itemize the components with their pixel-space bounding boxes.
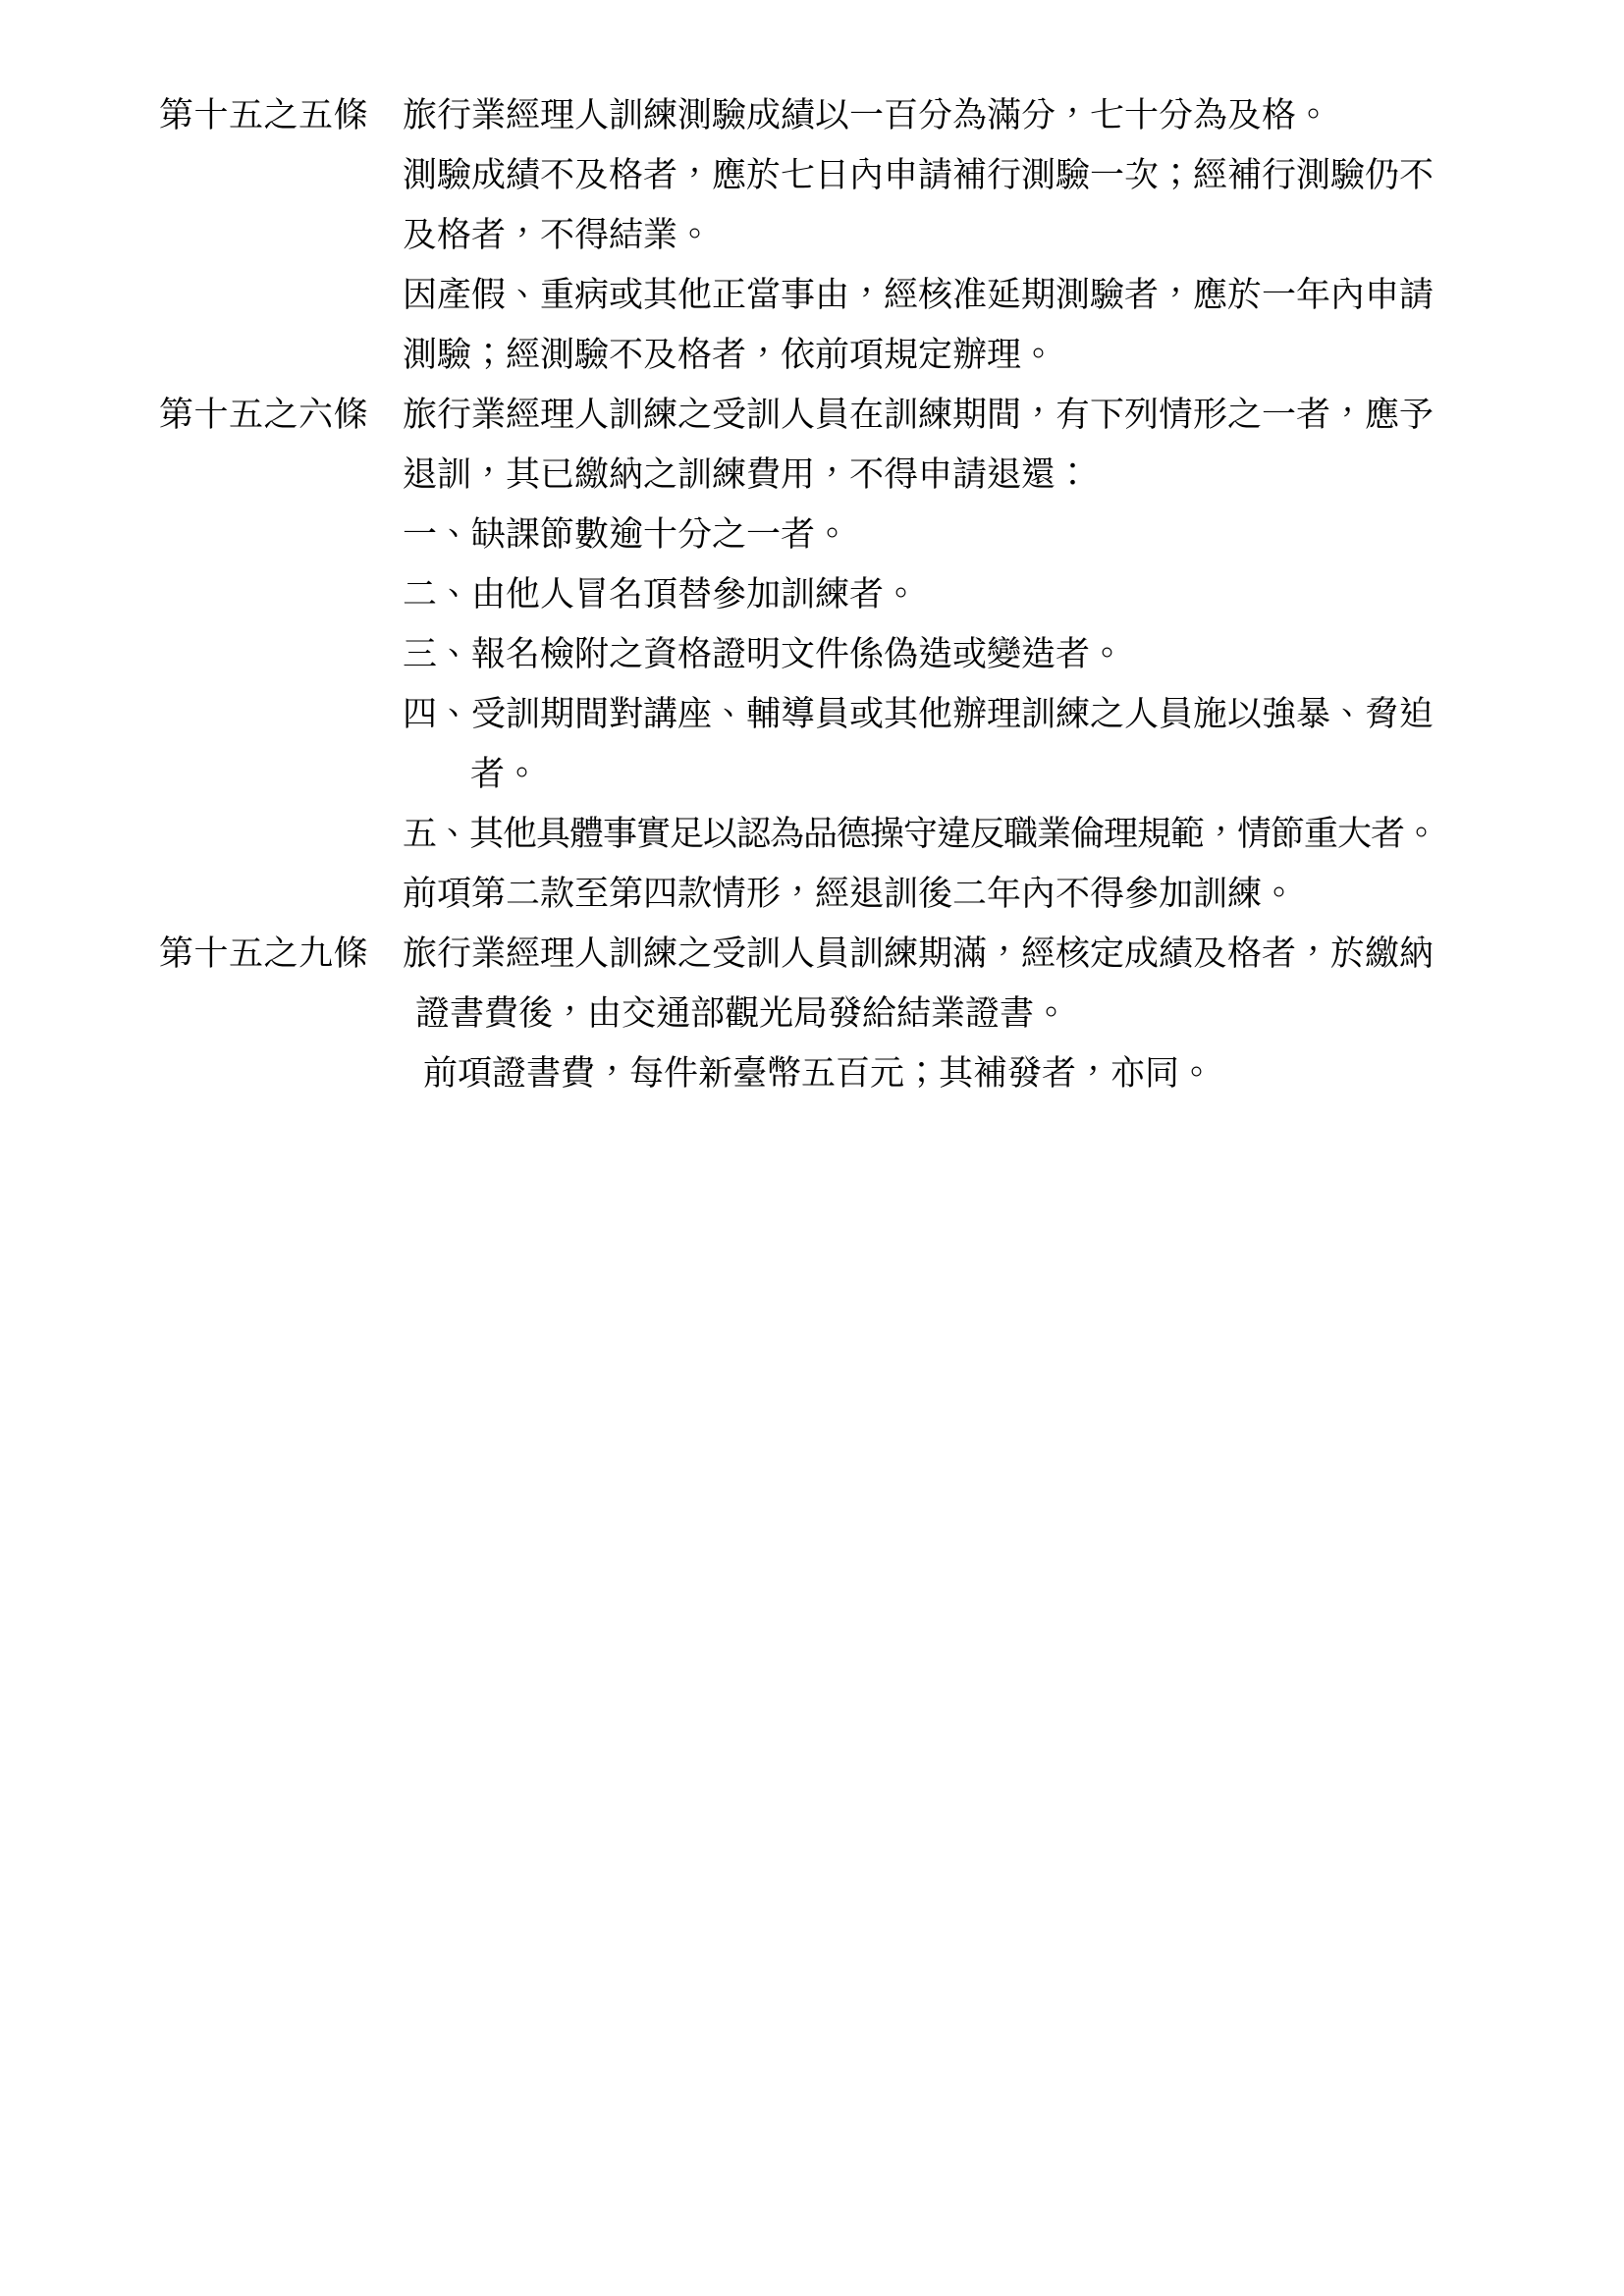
- article-number-label: 第十五之六條: [159, 385, 368, 445]
- list-item-line: 一、缺課節數逾十分之一者。: [403, 505, 849, 564]
- article-number-label: 第十五之九條: [159, 924, 368, 984]
- article-text-line: 旅行業經理人訓練之受訓人員訓練期滿，經核定成績及格者，於繳納: [403, 924, 1434, 984]
- article-text-line: 及格者，不得結業。: [403, 205, 712, 265]
- article-text-line: 證書費後，由交通部觀光局發給結業證書。: [415, 984, 1068, 1043]
- article-text-line: 前項證書費，每件新臺幣五百元；其補發者，亦同。: [423, 1043, 1214, 1103]
- article-text-line: 旅行業經理人訓練測驗成績以一百分為滿分，七十分為及格。: [403, 85, 1330, 145]
- list-item-continuation-line: 者。: [470, 744, 539, 804]
- list-item-line: 三、報名檢附之資格證明文件係偽造或變造者。: [403, 624, 1124, 684]
- article-text-line: 退訓，其已繳納之訓練費用，不得申請退還：: [403, 445, 1090, 505]
- list-item-line: 五、其他具體事實足以認為品德操守違反職業倫理規範，情節重大者。: [403, 804, 1437, 864]
- article-text-line: 前項第二款至第四款情形，經退訓後二年內不得參加訓練。: [403, 864, 1296, 924]
- article-text-line: 旅行業經理人訓練之受訓人員在訓練期間，有下列情形之一者，應予: [403, 385, 1434, 445]
- document-page: 第十五之五條 旅行業經理人訓練測驗成績以一百分為滿分，七十分為及格。 測驗成績不…: [0, 0, 1624, 2296]
- list-item-line: 四、受訓期間對講座、輔導員或其他辦理訓練之人員施以強暴、脅迫: [403, 684, 1434, 744]
- article-text-line: 測驗；經測驗不及格者，依前項規定辦理。: [403, 325, 1056, 385]
- article-text-line: 測驗成績不及格者，應於七日內申請補行測驗一次；經補行測驗仍不: [403, 145, 1434, 205]
- list-item-line: 二、由他人冒名頂替參加訓練者。: [403, 564, 918, 624]
- article-text-line: 因產假、重病或其他正當事由，經核准延期測驗者，應於一年內申請: [403, 265, 1434, 325]
- article-number-label: 第十五之五條: [159, 85, 368, 145]
